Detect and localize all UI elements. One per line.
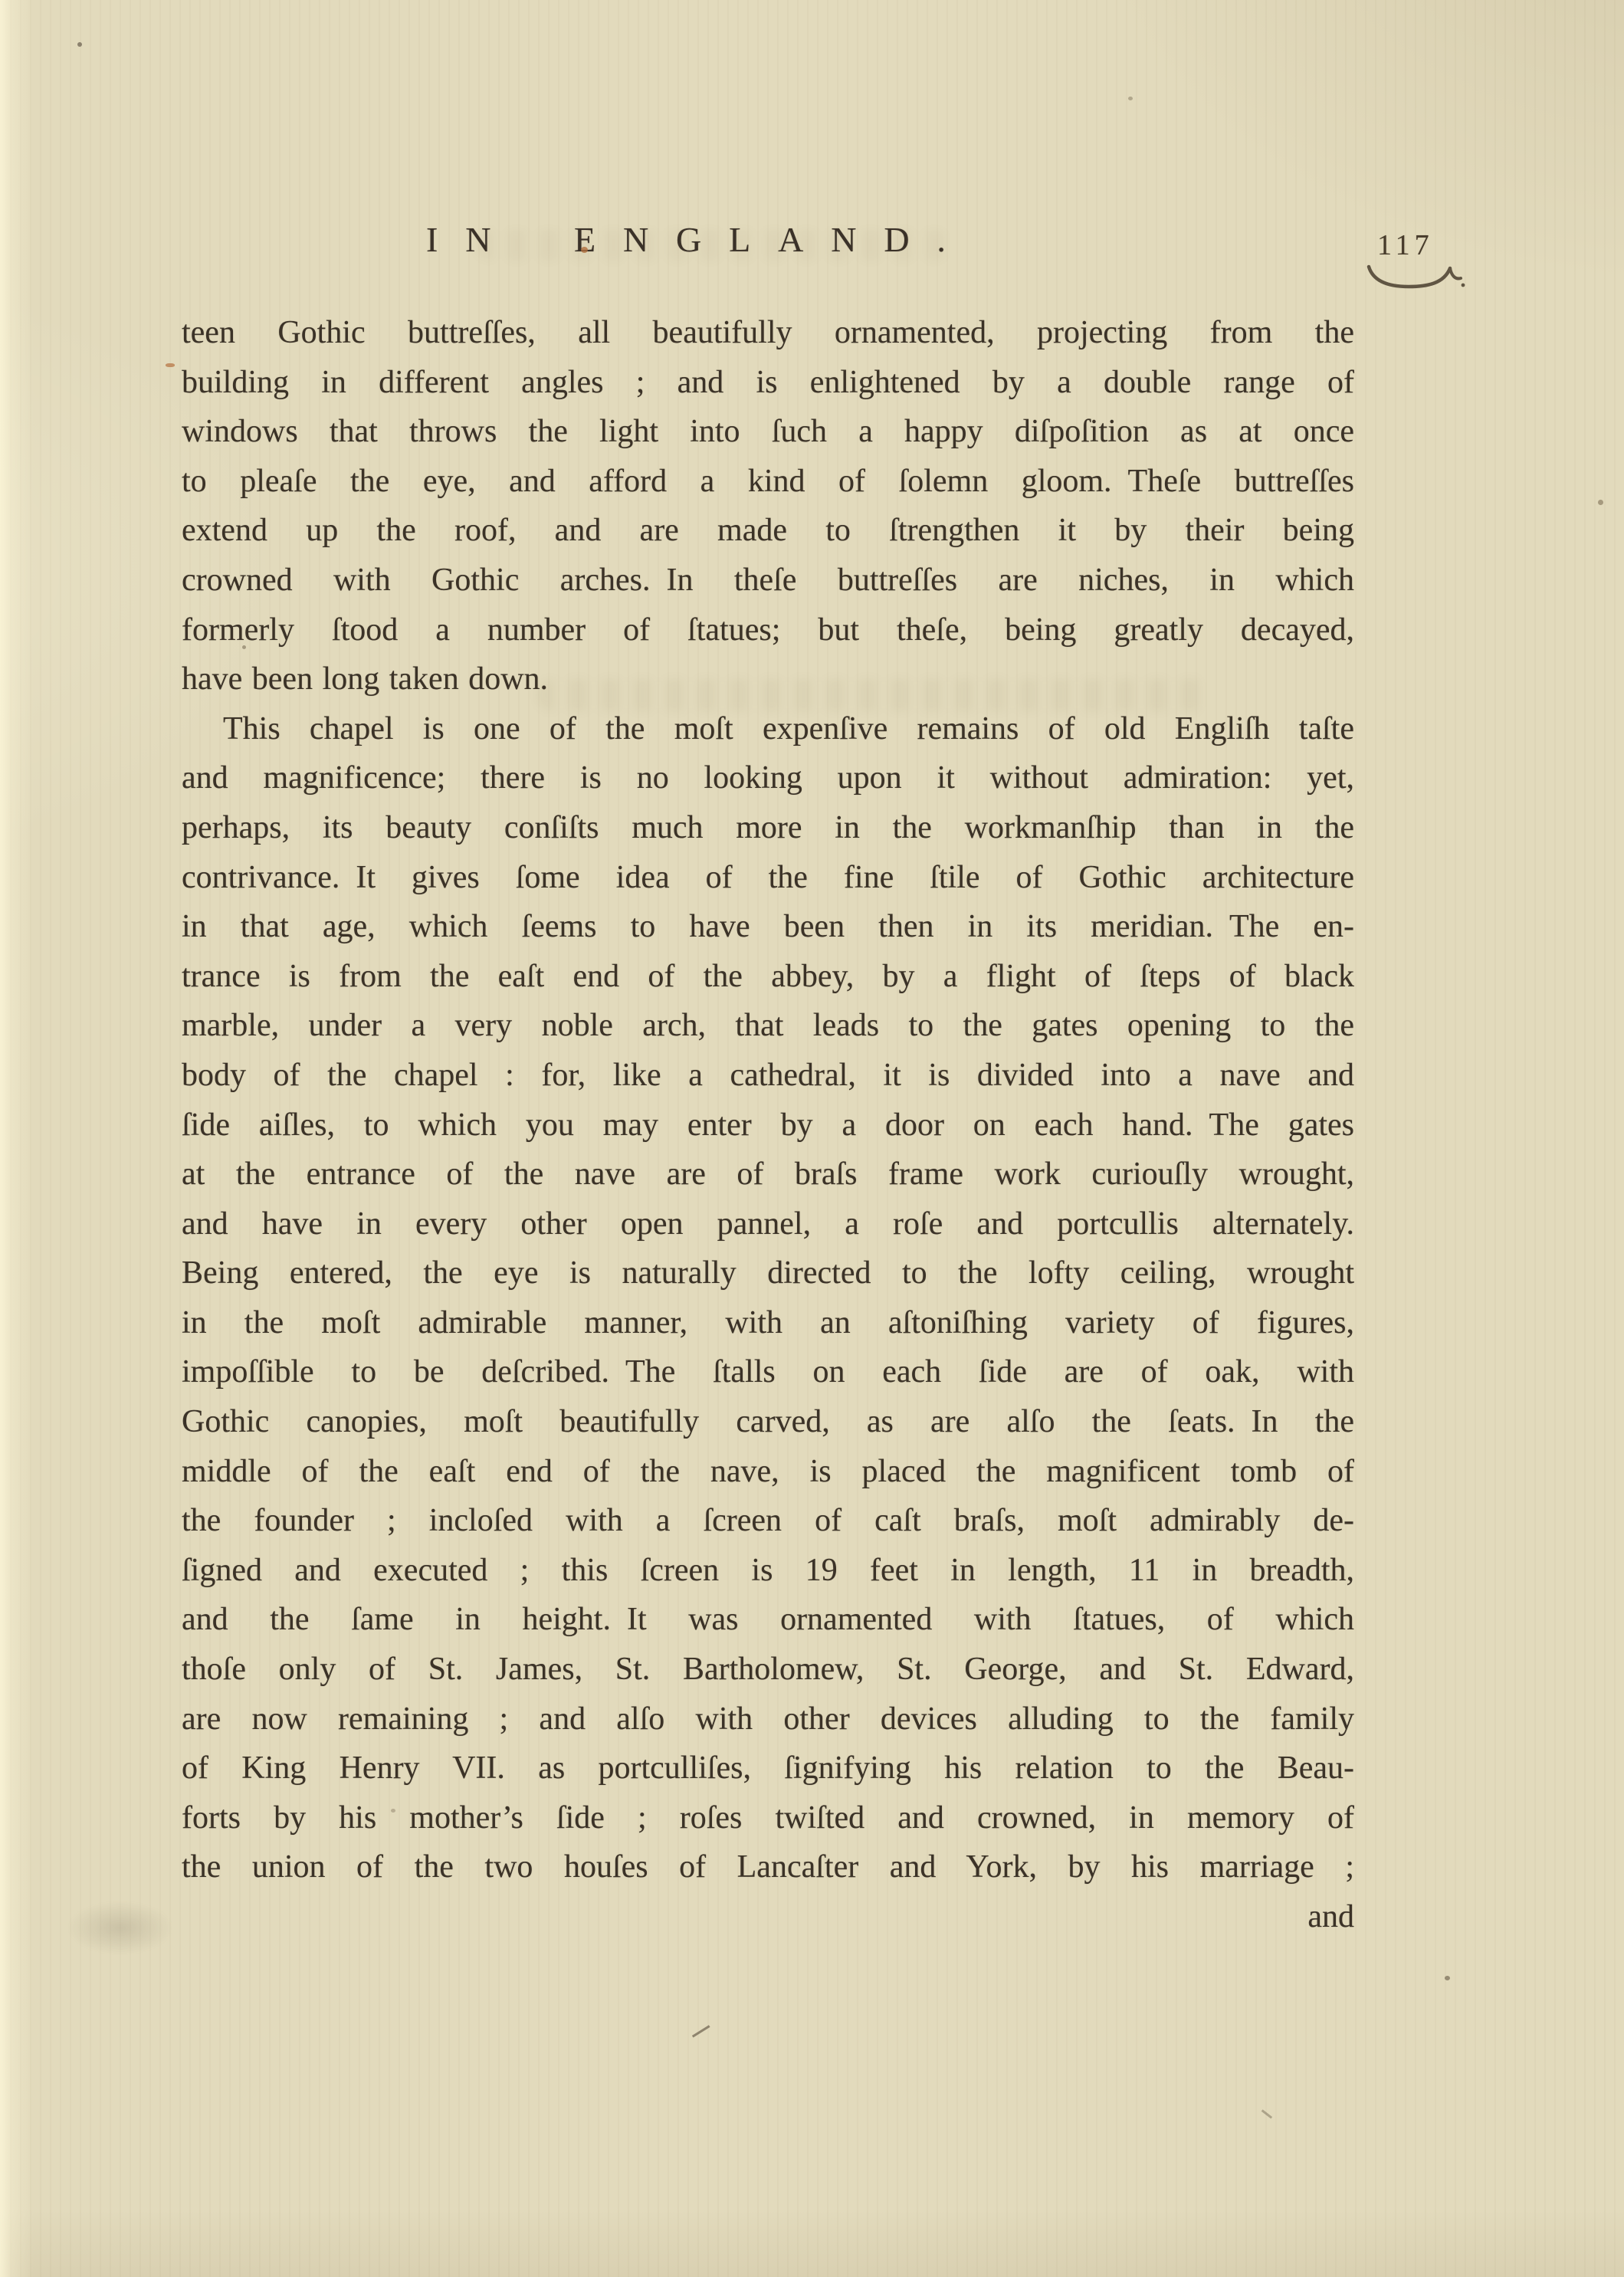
- text-line: to pleaſe the eye, and afford a kind of …: [182, 457, 1354, 507]
- text-line: perhaps, its beauty conſiſts much more i…: [182, 803, 1354, 853]
- paper-speck: [166, 363, 175, 367]
- text-line: Gothic canopies, moſt beautifully carved…: [182, 1397, 1354, 1447]
- text-line: building in different angles ; and is en…: [182, 358, 1354, 408]
- stray-pen-mark: [686, 2016, 710, 2037]
- book-page: IN ENGLAND. 117 teen Gothic buttreſſes, …: [0, 0, 1624, 2277]
- text-line: This chapel is one of the moſt expenſive…: [182, 704, 1354, 754]
- text-line: have been long taken down.: [182, 655, 1354, 704]
- text-line: body of the chapel : for, like a cathedr…: [182, 1051, 1354, 1101]
- page-number-flourish-icon: [1363, 264, 1470, 300]
- text-line: extend up the roof, and are made to ſtre…: [182, 506, 1354, 556]
- text-line: in that age, which ſeems to have been th…: [182, 902, 1354, 952]
- text-line: are now remaining ; and alſo with other …: [182, 1695, 1354, 1744]
- text-line: ſide aiſles, to which you may enter by a…: [182, 1101, 1354, 1150]
- text-line: middle of the eaſt end of the nave, is p…: [182, 1447, 1354, 1497]
- text-line: windows that throws the light into ſuch …: [182, 407, 1354, 457]
- paper-speck: [77, 42, 82, 47]
- text-line: thoſe only of St. James, St. Bartholomew…: [182, 1645, 1354, 1695]
- pencil-smudge: [48, 1891, 193, 1964]
- text-line: of King Henry VII. as portculliſes, ſign…: [182, 1744, 1354, 1793]
- text-line: contrivance. It gives ſome idea of the f…: [182, 853, 1354, 903]
- text-line: teen Gothic buttreſſes, all beautifully …: [182, 308, 1354, 358]
- paper-speck: [1128, 97, 1133, 100]
- paper-speck: [1445, 1976, 1450, 1980]
- text-line: ſigned and executed ; this ſcreen is 19 …: [182, 1546, 1354, 1596]
- text-line: in the moſt admirable manner, with an aſ…: [182, 1298, 1354, 1348]
- running-header: IN ENGLAND.: [426, 219, 973, 260]
- text-line: crowned with Gothic arches. In theſe but…: [182, 556, 1354, 605]
- text-line: the union of the two houſes of Lancaſter…: [182, 1842, 1354, 1892]
- text-line: Being entered, the eye is naturally dire…: [182, 1248, 1354, 1298]
- catchword: and: [182, 1892, 1354, 1942]
- stray-pen-mark: [1261, 2103, 1278, 2118]
- text-line: and the ſame in height. It was ornamente…: [182, 1595, 1354, 1645]
- text-line: and have in every other open pannel, a r…: [182, 1199, 1354, 1249]
- text-line: impoſſible to be deſcribed. The ſtalls o…: [182, 1347, 1354, 1397]
- body-text: teen Gothic buttreſſes, all beautifully …: [182, 308, 1354, 1892]
- text-line: formerly ſtood a number of ſtatues; but …: [182, 605, 1354, 655]
- page-number: 117: [1377, 228, 1434, 262]
- text-line: and magnificence; there is no looking up…: [182, 753, 1354, 803]
- text-line: forts by his mother’s ſide ; roſes twiſt…: [182, 1793, 1354, 1843]
- text-line: the founder ; incloſed with a ſcreen of …: [182, 1496, 1354, 1546]
- text-line: trance is from the eaſt end of the abbey…: [182, 952, 1354, 1002]
- text-line: marble, under a very noble arch, that le…: [182, 1001, 1354, 1051]
- paper-speck: [1598, 500, 1603, 505]
- text-line: at the entrance of the nave are of braſs…: [182, 1150, 1354, 1199]
